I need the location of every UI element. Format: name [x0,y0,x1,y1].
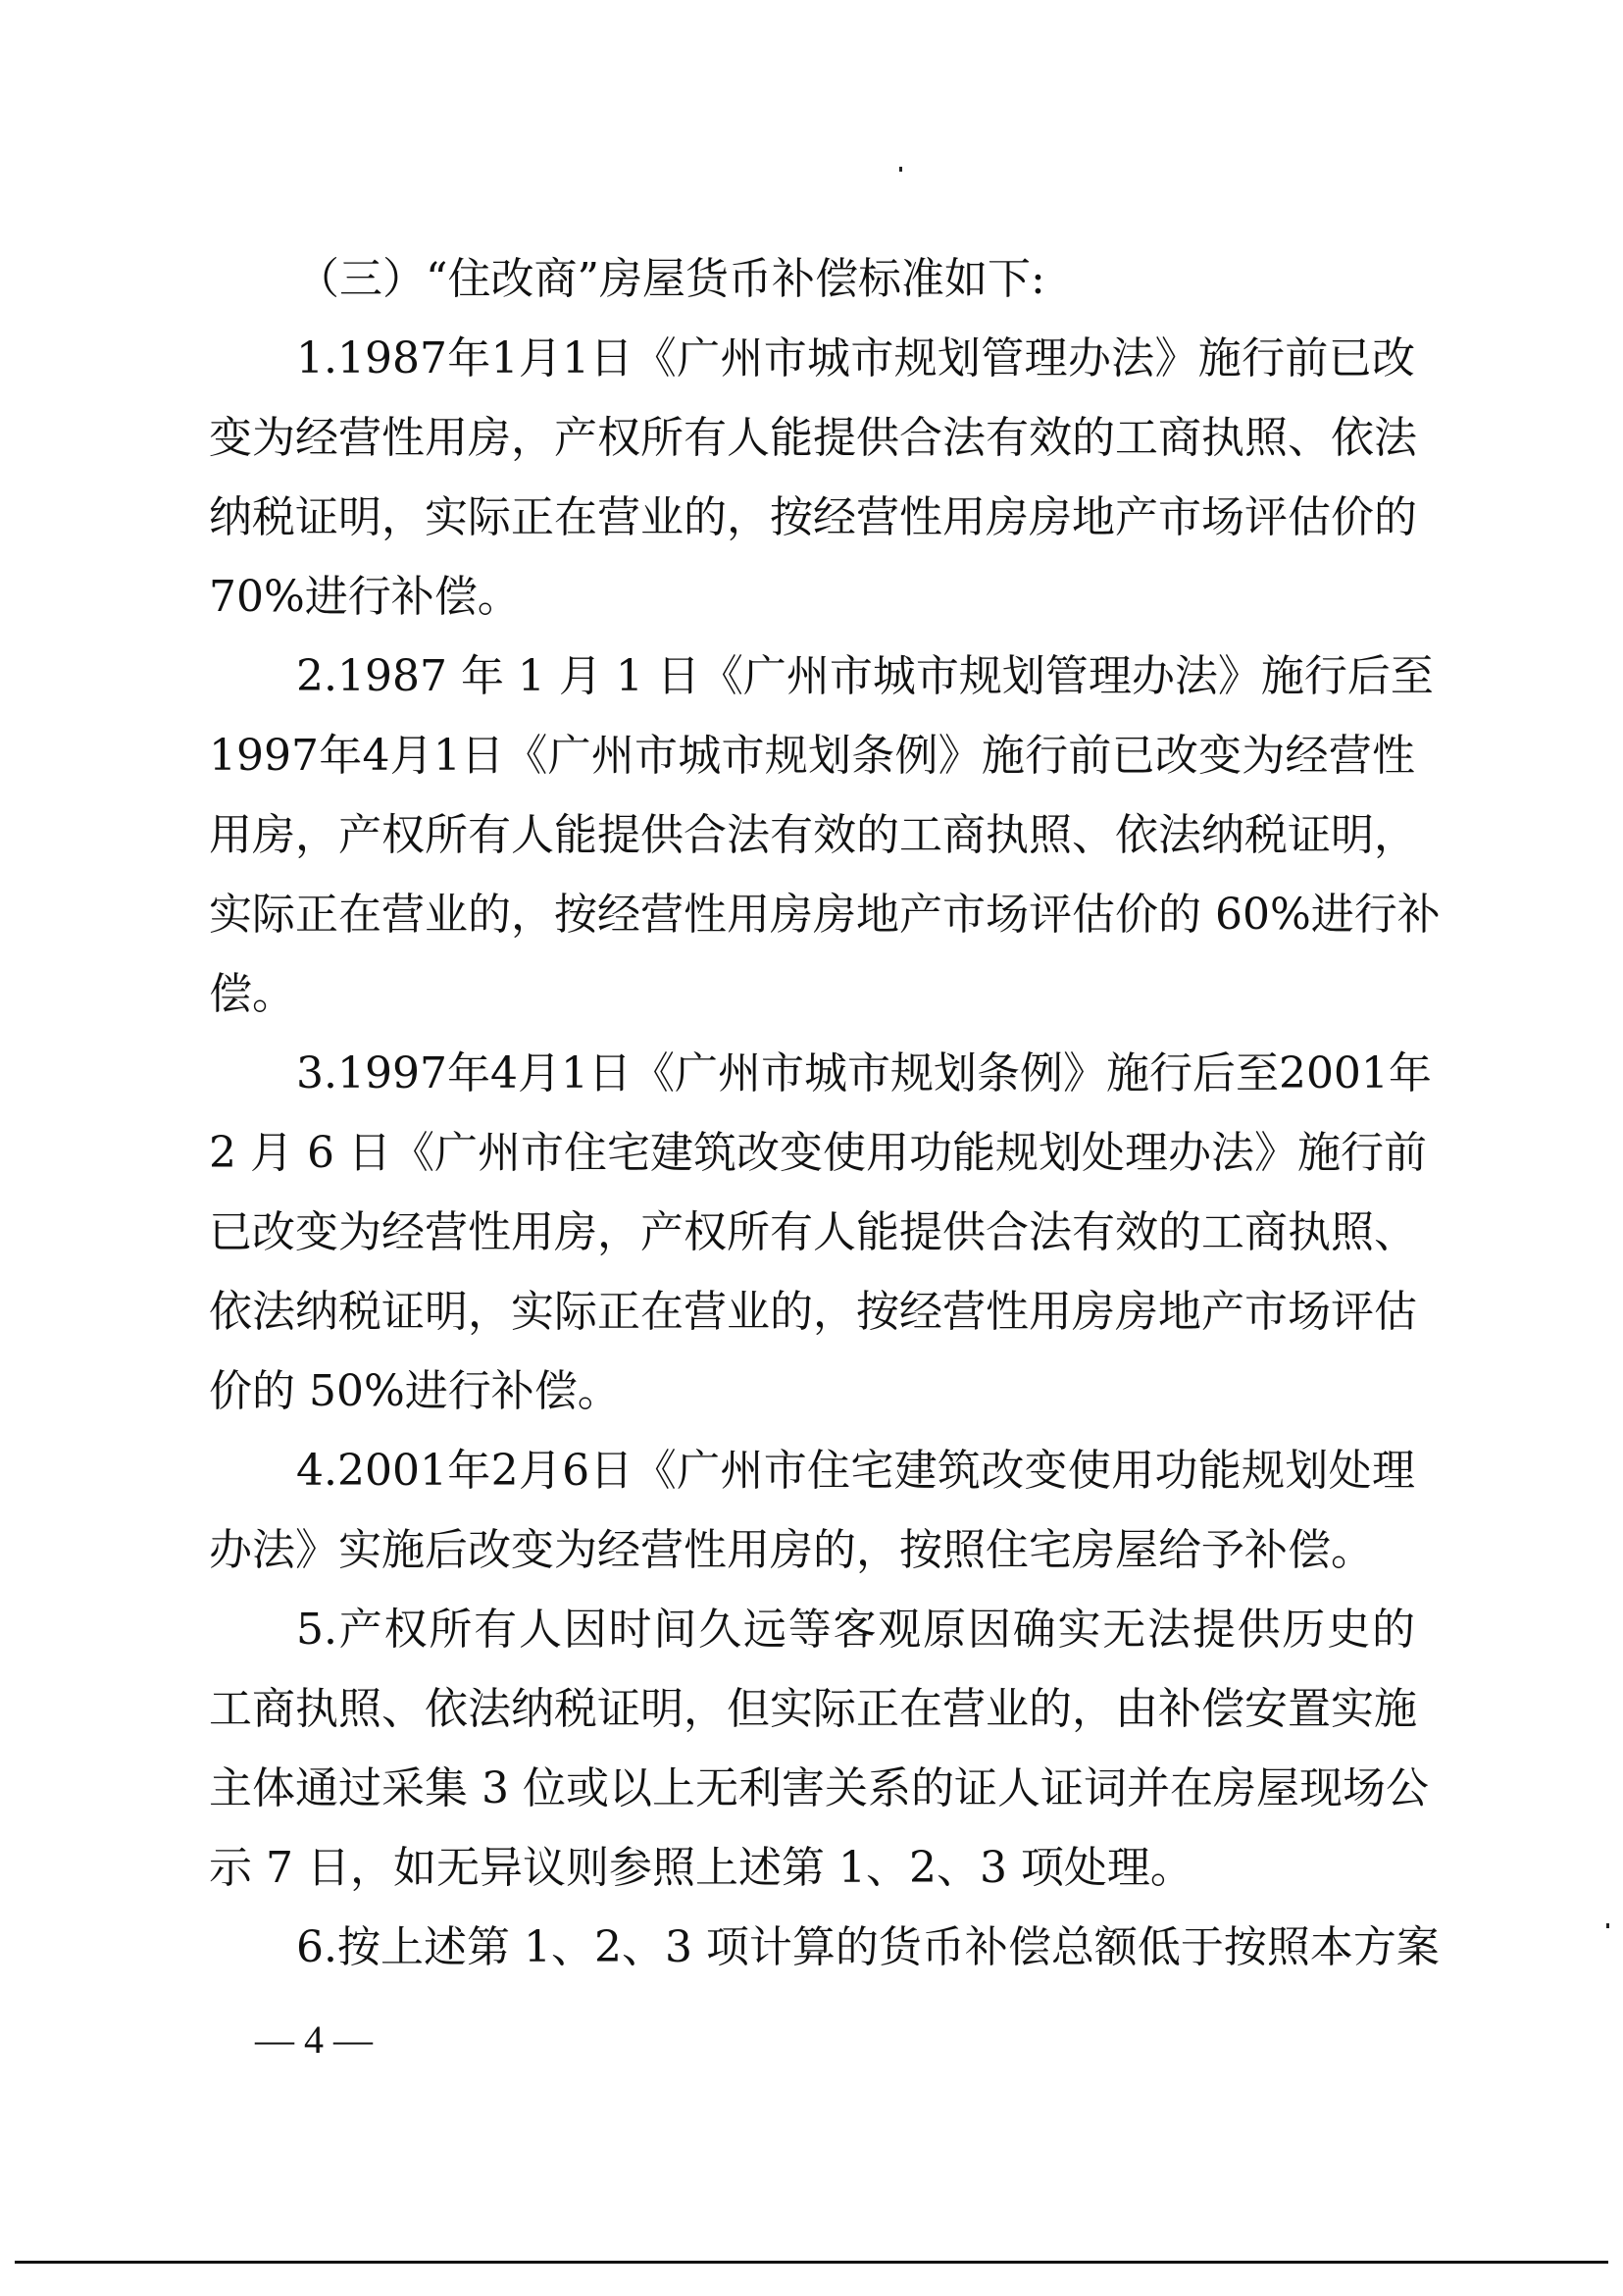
paragraph-line: 70%进行补偿。 [209,568,1415,627]
paragraph-line: 纳税证明，实际正在营业的，按经营性用房房地产市场评估价的 [209,488,1415,547]
paragraph-line: 已改变为经营性用房，产权所有人能提供合法有效的工商执照、 [209,1203,1415,1262]
paragraph-line: 依法纳税证明，实际正在营业的，按经营性用房房地产市场评估 [209,1283,1415,1342]
paragraph-line: 工商执照、依法纳税证明，但实际正在营业的，由补偿安置实施 [209,1680,1415,1739]
paragraph-line: 4.2001年2月6日《广州市住宅建筑改变使用功能规划处理 [296,1442,1415,1501]
paragraph-line: 主体通过采集 3 位或以上无利害关系的证人证词并在房屋现场公 [209,1760,1415,1818]
paragraph-line: 示 7 日，如无异议则参照上述第 1、2、3 项处理。 [209,1839,1415,1898]
paragraph-line: 偿。 [209,965,1415,1024]
paragraph-line: 1997年4月1日《广州市城市规划条例》施行前已改变为经营性 [209,727,1415,786]
bottom-rule-divider [15,2261,1608,2264]
paragraph-line: 办法》实施后改变为经营性用房的，按照住宅房屋给予补偿。 [209,1521,1415,1580]
paragraph-line: 2 月 6 日《广州市住宅建筑改变使用功能规划处理办法》施行前 [209,1124,1415,1183]
section-heading: （三）“住改商”房屋货币补偿标准如下: [296,250,1415,309]
paragraph-line: 2.1987 年 1 月 1 日《广州市城市规划管理办法》施行后至 [296,647,1415,706]
page-number: — 4 — [245,2018,382,2062]
paragraph-line: 6.按上述第 1、2、3 项计算的货币补偿总额低于按照本方案 [296,1918,1415,1977]
paragraph-line: 价的 50%进行补偿。 [209,1362,1415,1421]
scan-speck [1606,1923,1609,1928]
document-page: （三）“住改商”房屋货币补偿标准如下: 1.1987年1月1日《广州市城市规划管… [0,0,1623,2296]
paragraph-line: 3.1997年4月1日《广州市城市规划条例》施行后至2001年 [296,1045,1415,1103]
paragraph-line: 5.产权所有人因时间久远等客观原因确实无法提供历史的 [296,1601,1415,1659]
paragraph-line: 用房，产权所有人能提供合法有效的工商执照、依法纳税证明， [209,806,1415,865]
paragraph-line: 实际正在营业的，按经营性用房房地产市场评估价的 60%进行补 [209,886,1415,944]
paragraph-line: 1.1987年1月1日《广州市城市规划管理办法》施行前已改 [296,330,1415,388]
paragraph-line: 变为经营性用房，产权所有人能提供合法有效的工商执照、依法 [209,409,1415,468]
scan-speck [899,167,902,172]
